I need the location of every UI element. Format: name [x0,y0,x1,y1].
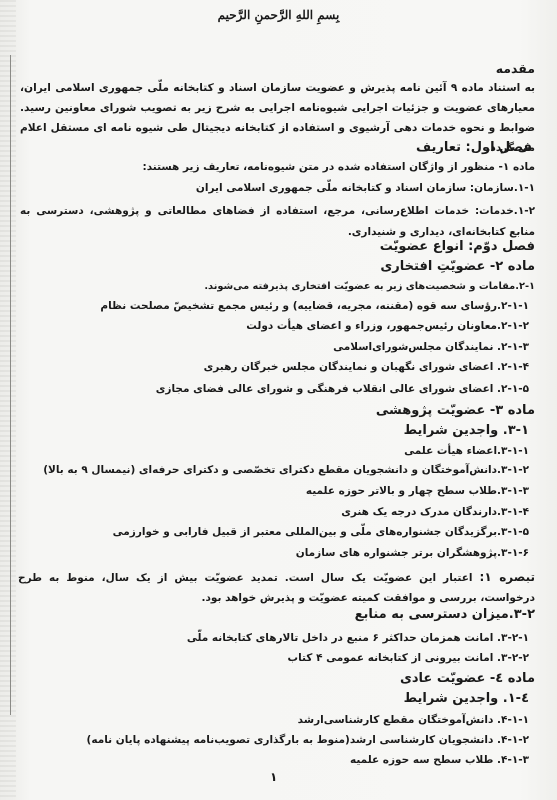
scan-edge [0,0,16,800]
article4-sub1-title: ٤-۱. واجدین شرایط [404,692,529,706]
margin-line [10,55,11,715]
article2-intro: ۲-۱.مقامات و شخصیت‌های زیر به عضویّت افت… [204,280,535,294]
article4-title: ماده ٤- عضویّت عادی [400,672,535,686]
article1-text: ماده ۱- منظور از واژگان استفاده شده در م… [143,160,535,174]
article3-item-6: ۳-۱-۶.پژوهشگران برتر جشنواره های سازمان [296,546,529,560]
definition-2: ۱-۲.خدمات: خدمات اطلاع‌رسانی، مرجع، استف… [20,201,535,243]
article3-sub2-item-1: ۳-۲-۱. امانت همزمان حداکثر ۶ منبع در داخ… [187,631,529,645]
chapter2-title: فصل دوّم: انواع عضویّت [380,240,535,254]
page-number: ۱ [270,770,277,784]
article3-item-3: ۳-۱-۳.طلاب سطح چهار و بالاتر حوزه علمیه [306,484,529,498]
chapter1-title: فصل اول: تعاریف [416,141,532,155]
article3-item-4: ۳-۱-۴.دارندگان مدرک درجه یک هنری [341,505,529,519]
note-1-text: اعتبار این عضویّت یک سال است. تمدید عضوی… [18,572,535,604]
article4-item-3: ۴-۱-۳. طلاب سطح سه حوزه علمیه [350,753,529,767]
article4-item-2: ۴-۱-۲. دانشجویان کارشناسی ارشد(منوط به ب… [87,733,529,747]
article3-item-5: ۳-۱-۵.برگزیدگان جشنواره‌های ملّی و بین‌ا… [113,525,529,539]
article3-sub2-item-2: ۳-۲-۲. امانت بیرونی از کتابخانه عمومی ۴ … [288,651,529,665]
article2-item-5: ۲-۱-۵. اعضای شورای عالی انقلاب فرهنگی و … [156,382,529,396]
article3-sub1-title: ۳-۱. واجدین شرایط [404,424,529,438]
article3-sub2-title: ۳-۲.میزان دسترسی به منابع [355,608,535,622]
intro-heading: مقدمه [496,62,535,76]
definition-1-text: سازمان اسناد و کتابخانه ملّی جمهوری اسلا… [196,182,470,194]
document-page: بِسمِ اللهِ الرَّحمنِ الرَّحیم مقدمه به … [0,0,557,800]
article2-item-2: ۲-۱-۲.معاونان رئیس‌جمهور، وزراء و اعضای … [246,319,529,333]
article2-item-4: ۲-۱-۴. اعضای شورای نگهبان و نمایندگان مج… [204,360,529,374]
note-1-label: تبصره ۱: [480,570,535,584]
article3-title: ماده ۳- عضویّت پژوهشی [376,404,535,418]
note-1: تبصره ۱: اعتبار این عضویّت یک سال است. ت… [18,567,535,608]
definition-2-label: ۱-۲.خدمات: [475,205,535,217]
article3-item-2: ۳-۱-۲.دانش‌آموختگان و دانشجویان مقطع دکت… [43,463,529,477]
definition-1-label: ۱-۱.سازمان: [470,182,535,194]
bismillah-header: بِسمِ اللهِ الرَّحمنِ الرَّحیم [0,8,557,22]
definition-1: ۱-۱.سازمان: سازمان اسناد و کتابخانه ملّی… [196,181,535,195]
article3-item-1: ۳-۱-۱.اعضاء هیأت علمی [404,444,529,458]
article4-item-1: ۴-۱-۱. دانش‌آموختگان مقطع کارشناسی‌ارشد [298,713,529,727]
definition-2-text: خدمات اطلاع‌رسانی، مرجع، استفاده از فضاه… [20,205,535,238]
article2-title: ماده ۲- عضویّتِ افتخاری [380,260,535,274]
article2-item-1: ۲-۱-۱.رؤسای سه قوه (مقننه، مجریه، قضاییه… [100,299,529,313]
article2-item-3: ۲-۱-۳. نمایندگان مجلس‌شورای‌اسلامی [333,340,529,354]
